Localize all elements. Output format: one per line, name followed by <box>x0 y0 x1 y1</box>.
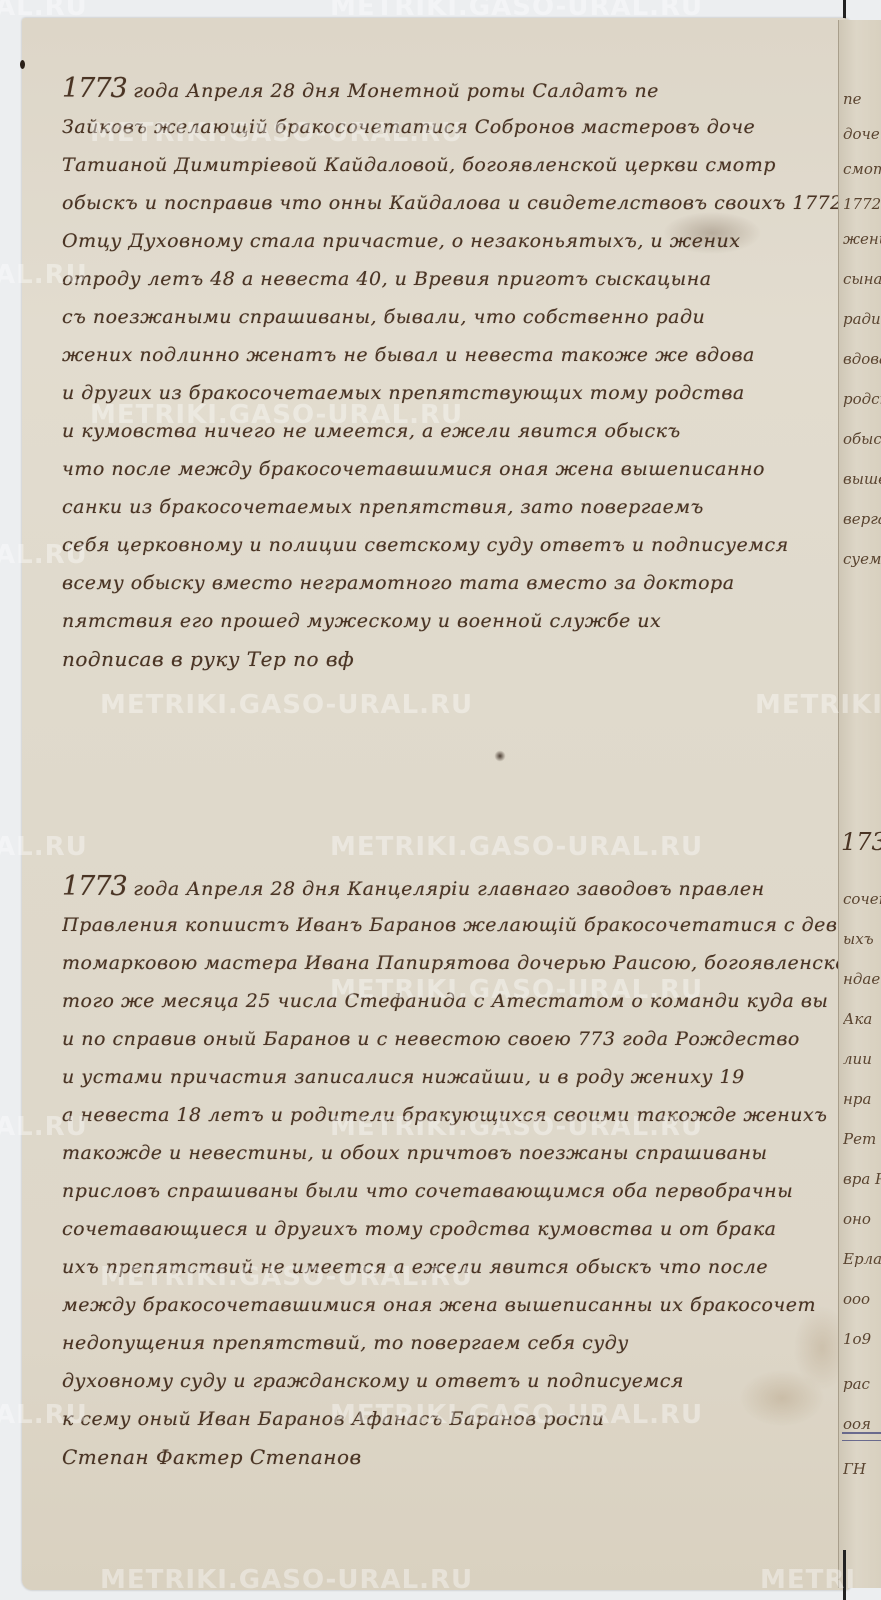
adjacent-fragment: обыскъ <box>843 430 881 448</box>
signature-line: подписав в руку Тер по вф <box>62 640 852 678</box>
adjacent-page-strip: 173 пе доче смотр 1772 жених сына ради в… <box>838 20 881 1588</box>
adjacent-fragment: смотр <box>843 160 881 178</box>
entry-line: присловъ спрашиваны были что сочетавающи… <box>62 1172 852 1210</box>
entry-line: пятствия его прошед мужескому и военной … <box>62 602 852 640</box>
adjacent-fragment: вдова <box>843 350 881 368</box>
margin-ink-dot <box>20 60 25 69</box>
entry-line: и по справив оный Баранов и с невестою с… <box>62 1020 852 1058</box>
binding-edge-bottom <box>843 1550 846 1600</box>
record-entry-1: 1773 года Апреля 28 дня Монетной роты Са… <box>62 70 852 678</box>
adjacent-fragment: оно <box>843 1210 881 1228</box>
entry-line: 1773 года Апреля 28 дня Монетной роты Са… <box>62 70 852 108</box>
adjacent-fragment: пе <box>843 90 881 108</box>
adjacent-fragment: вра Ро <box>843 1170 881 1188</box>
entry-line: духовному суду и гражданскому и ответъ и… <box>62 1362 852 1400</box>
entry-line: санки из бракосочетаемых препятствия, за… <box>62 488 852 526</box>
adjacent-fragment: ооо <box>843 1290 881 1308</box>
entry-line: обыскъ и посправив что онны Кайдалова и … <box>62 184 852 222</box>
adjacent-fragment: Рет <box>843 1130 881 1148</box>
manuscript-page: 1773 года Апреля 28 дня Монетной роты Са… <box>22 18 850 1590</box>
adjacent-fragment: ыхъ <box>843 930 881 948</box>
entry-line: к сему оный Иван Баранов Афанасъ Баранов… <box>62 1400 852 1438</box>
entry-line: Правления копиистъ Иванъ Баранов желающi… <box>62 906 852 944</box>
entry-line: всему обыску вместо неграмотного тата вм… <box>62 564 852 602</box>
adjacent-fragment: сына <box>843 270 881 288</box>
adjacent-fragment: доче <box>843 125 881 143</box>
entry-line: жених подлинно женатъ не бывал и невеста… <box>62 336 852 374</box>
entry-year: 1773 <box>62 73 127 104</box>
adjacent-fragment: Ака <box>843 1010 881 1028</box>
entry-line: Зайковъ желающiй бракосочетатися Соброно… <box>62 108 852 146</box>
entry-line: недопущения препятствий, то повергаем се… <box>62 1324 852 1362</box>
entry-line: 1773 года Апреля 28 дня Канцелярiи главн… <box>62 868 852 906</box>
entry-line: Отцу Духовному стала причастие, о незако… <box>62 222 852 260</box>
entry-line: а невеста 18 летъ и родители бракующихся… <box>62 1096 852 1134</box>
adjacent-fragment: суемся <box>843 550 881 568</box>
blue-ink-mark <box>842 1432 881 1441</box>
adjacent-fragment: вергаем <box>843 510 881 528</box>
entry-line: Татианой Димитрiевой Кайдаловой, богоявл… <box>62 146 852 184</box>
adjacent-fragment: нра <box>843 1090 881 1108</box>
record-entry-2: 1773 года Апреля 28 дня Канцелярiи главн… <box>62 868 852 1476</box>
entry-line: и других из бракосочетаемых препятствующ… <box>62 374 852 412</box>
adjacent-fragment: вышеп <box>843 470 881 488</box>
entry-line: и кумовства ничего не имеется, а ежели я… <box>62 412 852 450</box>
entry-line: томарковою мастера Ивана Папирятова доче… <box>62 944 852 982</box>
entry-line: того же месяца 25 числа Стефанида с Атес… <box>62 982 852 1020</box>
adjacent-fragment: ГН <box>843 1460 881 1478</box>
entry-line: сочетавающиеся и другихъ тому сродства к… <box>62 1210 852 1248</box>
adjacent-page-number: 173 <box>841 828 881 856</box>
adjacent-fragment: сочет <box>843 890 881 908</box>
adjacent-fragment: 1772 <box>843 195 881 213</box>
entry-line: себя церковному и полиции светскому суду… <box>62 526 852 564</box>
entry-line: такожде и невестины, и обоих причтовъ по… <box>62 1134 852 1172</box>
adjacent-fragment: родства <box>843 390 881 408</box>
entry-line: съ поезжаными спрашиваны, бывали, что со… <box>62 298 852 336</box>
adjacent-fragment: 1о9 <box>843 1330 881 1348</box>
entry-line: отроду летъ 48 а невеста 40, и Вревия пр… <box>62 260 852 298</box>
adjacent-fragment: жених <box>843 230 881 248</box>
adjacent-fragment: ооя <box>843 1415 881 1433</box>
entry-line: ихъ препятствий не имеется а ежели явитс… <box>62 1248 852 1286</box>
adjacent-fragment: ндае <box>843 970 881 988</box>
entry-line: и устами причастия записалися нижайши, и… <box>62 1058 852 1096</box>
adjacent-fragment: Ерлав <box>843 1250 881 1268</box>
entry-year: 1773 <box>62 871 127 902</box>
adjacent-fragment: лии <box>843 1050 881 1068</box>
entry-line: что после между бракосочетавшимися оная … <box>62 450 852 488</box>
adjacent-fragment: ради <box>843 310 881 328</box>
entry-line: между бракосочетавшимися оная жена вышеп… <box>62 1286 852 1324</box>
adjacent-fragment: рас <box>843 1375 881 1393</box>
signature-line: Степан Фактер Степанов <box>62 1438 852 1476</box>
